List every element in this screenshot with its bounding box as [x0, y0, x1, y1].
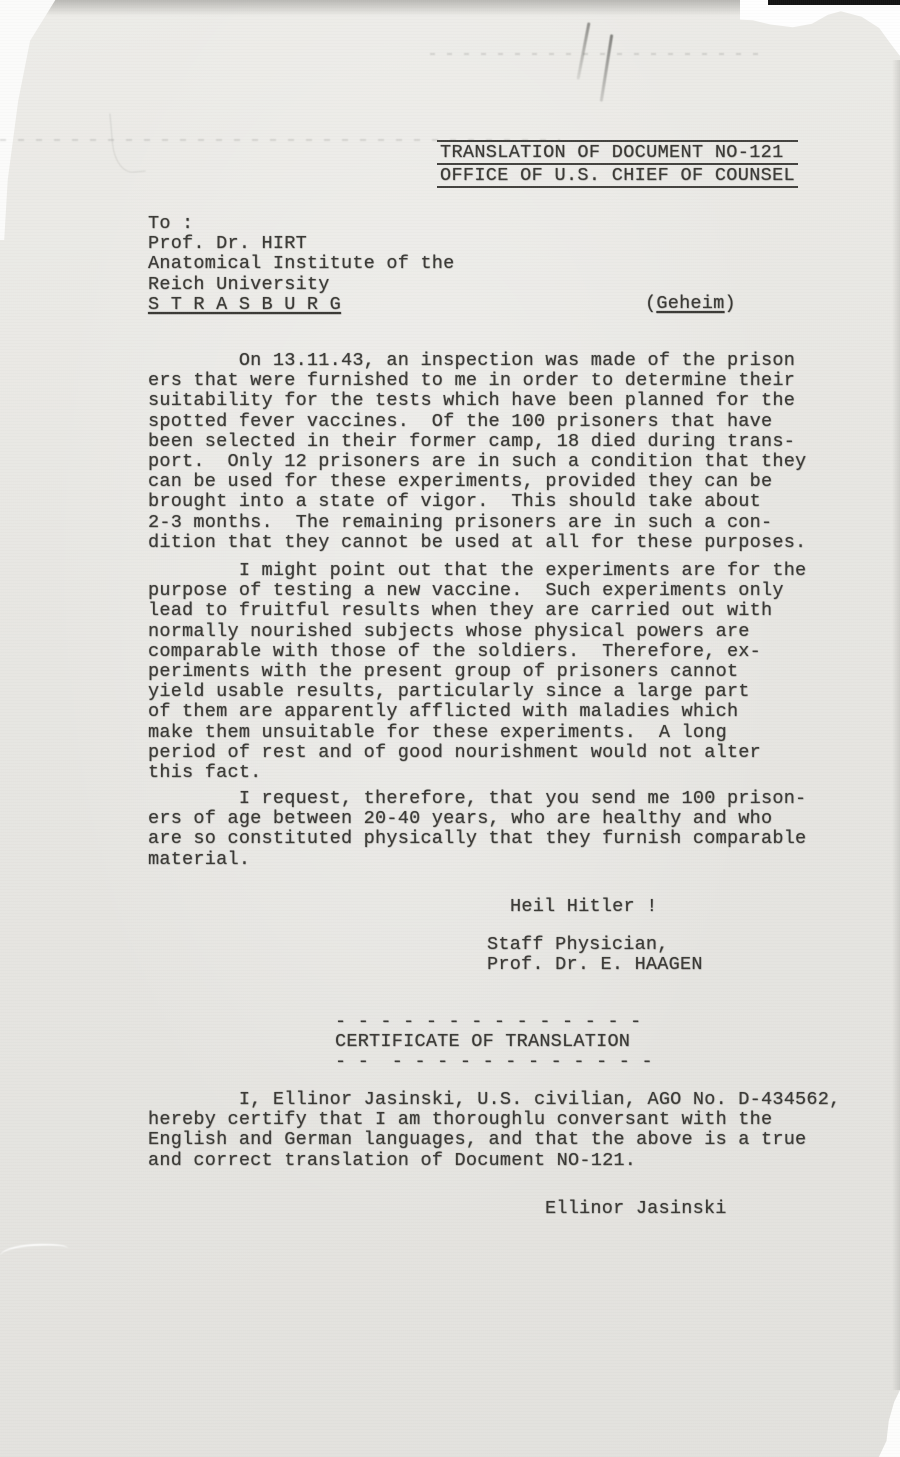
translator-signature: Ellinor Jasinski [545, 1199, 727, 1219]
document-header: TRANSLATION OF DOCUMENT NO-121 OFFICE OF… [437, 140, 798, 188]
certificate-paragraph: I, Ellinor Jasinski, U.S. civilian, AGO … [148, 1090, 840, 1171]
signer-role: Staff Physician, [487, 935, 703, 955]
text-line: normally nourished subjects whose physic… [148, 622, 806, 642]
text-line: On 13.11.43, an inspection was made of t… [148, 351, 806, 371]
recipient-city: S T R A S B U R G [148, 295, 455, 315]
text-line: I, Ellinor Jasinski, U.S. civilian, AGO … [148, 1090, 840, 1110]
text-line: brought into a state of vigor. This shou… [148, 492, 806, 512]
ragged-top-edge [0, 0, 768, 16]
text-line: ers of age between 20-40 years, who are … [148, 809, 806, 829]
pencil-stroke-2 [600, 34, 614, 102]
scanner-edge-strip [768, 0, 900, 5]
text-line: been selected in their former camp, 18 d… [148, 432, 806, 452]
torn-corner-top-left [0, 0, 70, 240]
text-line: port. Only 12 prisoners are in such a co… [148, 452, 806, 472]
text-line: material. [148, 850, 806, 870]
text-line: comparable with those of the soldiers. T… [148, 642, 806, 662]
text-line: I might point out that the experiments a… [148, 561, 806, 581]
dashed-rule-bottom: - - - - - - - - - - - - - - [335, 1052, 653, 1072]
text-line: I request, therefore, that you send me 1… [148, 789, 806, 809]
scanned-document-page: TRANSLATION OF DOCUMENT NO-121 OFFICE OF… [0, 0, 900, 1457]
recipient-block: To : Prof. Dr. HIRTAnatomical Institute … [148, 214, 455, 315]
text-line: make them unsuitable for these experimen… [148, 723, 806, 743]
classification-open-paren: ( [645, 293, 656, 314]
translator-name: Ellinor Jasinski [545, 1199, 727, 1219]
paragraph-3: I request, therefore, that you send me 1… [148, 789, 806, 870]
torn-corner-bottom-right [855, 1390, 900, 1457]
text-line: are so constituted physically that they … [148, 829, 806, 849]
dashed-rule-top: - - - - - - - - - - - - - - [335, 1012, 653, 1032]
text-line: Anatomical Institute of the [148, 254, 455, 274]
header-line-1: TRANSLATION OF DOCUMENT NO-121 [437, 142, 798, 165]
right-edge-shadow [892, 60, 900, 1390]
text-line: suitability for the tests which have bee… [148, 391, 806, 411]
text-line: 2-3 months. The remaining prisoners are … [148, 513, 806, 533]
crease-mark-top-left [109, 111, 145, 174]
to-label: To : [148, 214, 455, 234]
text-line: this fact. [148, 763, 806, 783]
recipient-lines: Prof. Dr. HIRTAnatomical Institute of th… [148, 234, 455, 295]
text-line: English and German languages, and that t… [148, 1130, 840, 1150]
text-line: periments with the present group of pris… [148, 662, 806, 682]
pencil-stroke-1 [576, 22, 590, 80]
salute-line: Heil Hitler ! [510, 897, 658, 917]
text-line: period of rest and of good nourishment w… [148, 743, 806, 763]
text-line: Prof. Dr. HIRT [148, 234, 455, 254]
closing-salute: Heil Hitler ! [510, 897, 658, 917]
signature-block: Staff Physician, Prof. Dr. E. HAAGEN [487, 935, 703, 975]
text-line: dition that they cannot be used at all f… [148, 533, 806, 553]
header-line-2: OFFICE OF U.S. CHIEF OF COUNSEL [437, 165, 798, 188]
text-line: can be used for these experiments, provi… [148, 472, 806, 492]
text-line: of them are apparently afflicted with ma… [148, 702, 806, 722]
certificate-title: CERTIFICATE OF TRANSLATION [335, 1032, 653, 1052]
classification-close-paren: ) [724, 293, 735, 314]
certificate-heading: - - - - - - - - - - - - - - CERTIFICATE … [335, 1012, 653, 1073]
classification-stamp: (Geheim) [645, 294, 736, 314]
crease-mark-bottom-left [0, 1242, 68, 1256]
torn-corner-top-right [740, 0, 900, 70]
text-line: purpose of testing a new vaccine. Such e… [148, 581, 806, 601]
paragraph-1: On 13.11.43, an inspection was made of t… [148, 351, 806, 553]
text-line: and correct translation of Document NO-1… [148, 1151, 840, 1171]
classification-word: Geheim [656, 293, 724, 314]
text-line: Reich University [148, 275, 455, 295]
paragraph-2: I might point out that the experiments a… [148, 561, 806, 783]
text-line: lead to fruitful results when they are c… [148, 601, 806, 621]
horizontal-crease-upper [430, 53, 770, 55]
text-line: ers that were furnished to me in order t… [148, 371, 806, 391]
text-line: spotted fever vaccines. Of the 100 priso… [148, 412, 806, 432]
text-line: hereby certify that I am thoroughlu conv… [148, 1110, 840, 1130]
signer-name: Prof. Dr. E. HAAGEN [487, 955, 703, 975]
text-line: yield usable results, particularly since… [148, 682, 806, 702]
